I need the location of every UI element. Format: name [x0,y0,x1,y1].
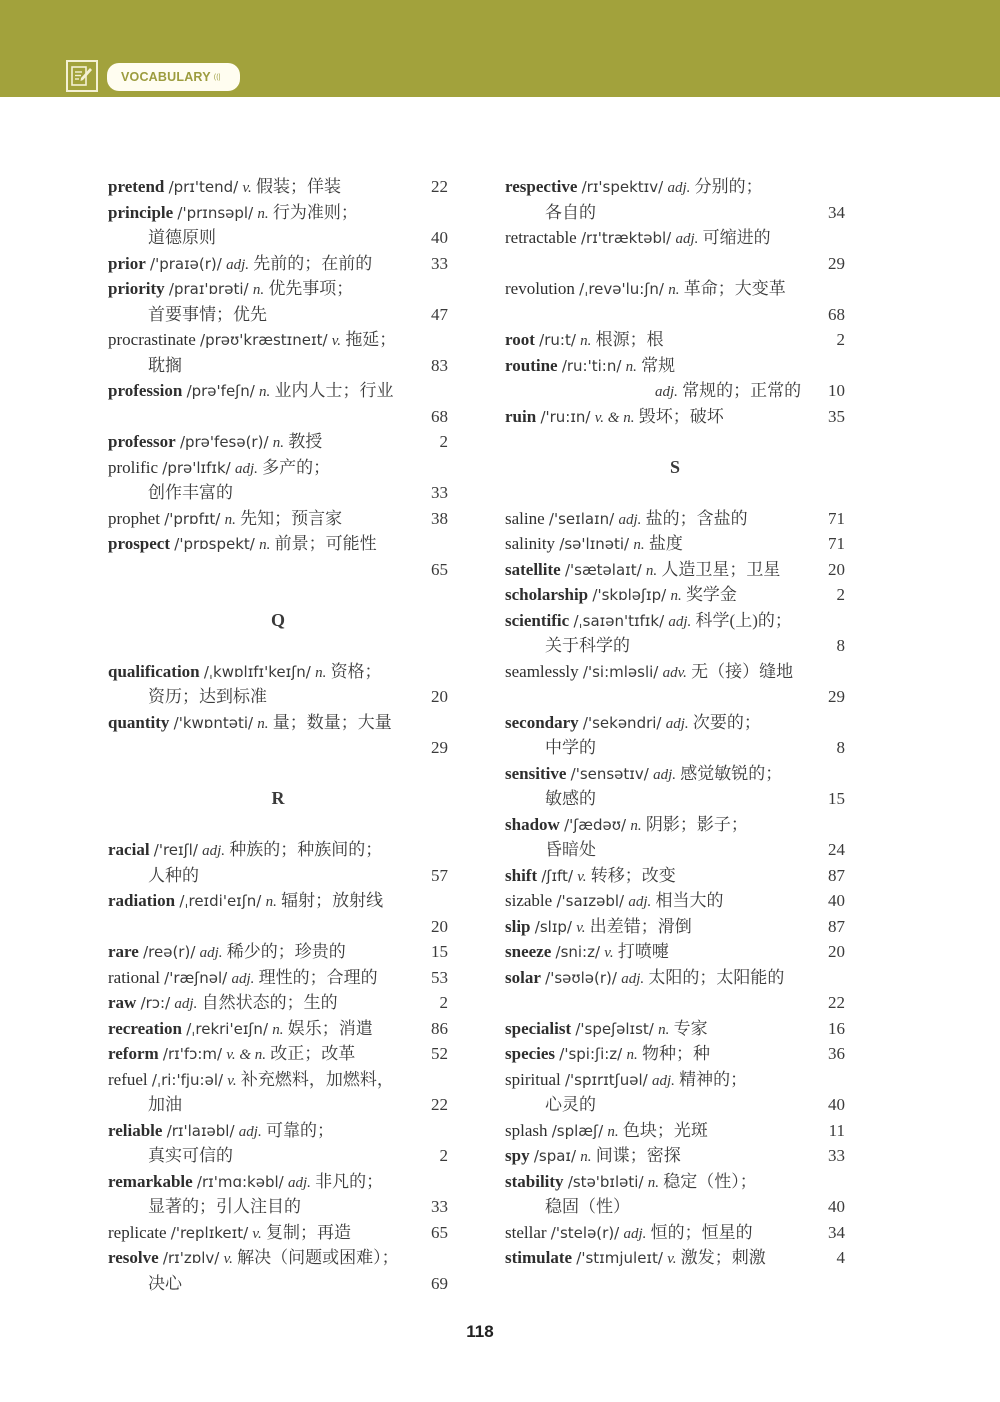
phonetic: /rɪ'spektɪv/ [582,178,664,196]
definition: 革命；大变革 [684,279,786,298]
phonetic: /rɪ'zɒlv/ [163,1249,219,1267]
definition: 太阳的；太阳能的 [648,968,784,987]
phonetic: /ˌsaɪən'tɪfɪk/ [573,612,664,630]
part-of-speech: n. [259,384,270,400]
phonetic: /'səʊlə(r)/ [545,969,617,987]
vocab-entry-continued: 创作丰富的33 [108,480,448,506]
definition: 昏暗处 [545,840,596,859]
phonetic: /sə'lɪnəti/ [559,535,629,553]
vocab-entry: scientific /ˌsaɪən'tɪfɪk/ adj. 科学(上)的； [505,608,845,634]
part-of-speech: n. [633,537,644,553]
phonetic: /ru:'ti:n/ [562,357,622,375]
phonetic: /ʃɪft/ [541,867,573,885]
vocab-entry: recreation /ˌrekri'eɪʃn/ n. 娱乐；消遣86 [108,1016,448,1042]
part-of-speech: adj. [235,461,258,477]
headword: procrastinate [108,330,196,349]
vocab-entry: root /ru:t/ n. 根源；根2 [505,327,845,353]
phonetic: /rɪ'mɑ:kəbl/ [197,1173,284,1191]
headword: species [505,1044,555,1063]
part-of-speech: v. & n. [595,410,635,426]
part-of-speech: n. [630,818,641,834]
vocab-entry: scholarship /'skɒləʃɪp/ n. 奖学金2 [505,582,845,608]
vocab-entry: revolution /ˌrevə'lu:ʃn/ n. 革命；大变革 [505,276,845,302]
page-ref: 71 [828,531,845,557]
phonetic: /sni:z/ [556,943,601,961]
vocab-entry: raw /rɔ:/ adj. 自然状态的；生的2 [108,990,448,1016]
definition: 辐射；放射线 [281,891,383,910]
definition: 显著的；引人注目的 [148,1197,301,1216]
vocab-entry: species /'spi:ʃi:z/ n. 物种；种36 [505,1041,845,1067]
part-of-speech: adj. [174,996,197,1012]
page-ref: 16 [828,1016,845,1042]
page-ref: 20 [431,684,448,710]
phonetic: /rɔ:/ [141,994,171,1012]
definition: 教授 [288,432,322,451]
definition: 科学(上)的； [696,611,792,630]
page-ref: 29 [828,684,845,710]
vocab-entry: ruin /'ru:ɪn/ v. & n. 毁坏；破坏35 [505,404,845,430]
vocab-entry: sensitive /'sensətɪv/ adj. 感觉敏锐的； [505,761,845,787]
vocab-entry-continued: 29 [505,684,845,710]
headword: rare [108,942,139,961]
definition: 精神的； [679,1070,747,1089]
part-of-speech: n. [580,333,591,349]
definition: 优先事项； [268,279,353,298]
part-of-speech: n. [658,1022,669,1038]
vocab-entry: routine /ru:'ti:n/ n. 常规 [505,353,845,379]
headword: racial [108,840,150,859]
definition: 决心 [148,1274,182,1293]
definition: 各自的 [545,203,596,222]
definition: 稳定（性）； [663,1172,757,1191]
phonetic: /'prɒfɪt/ [164,510,220,528]
part-of-speech: n. [266,894,277,910]
headword: replicate [108,1223,167,1242]
phonetic: /'replɪkeɪt/ [171,1224,248,1242]
phonetic: /ˌrevə'lu:ʃn/ [579,280,664,298]
vocab-entry-continued: 昏暗处24 [505,837,845,863]
headword: retractable [505,228,577,247]
definition: 次要的； [693,713,761,732]
definition: 阴影；影子； [646,815,748,834]
vocab-entry-continued: 稳固（性）40 [505,1194,845,1220]
definition: 先知；预言家 [240,509,342,528]
page-ref: 40 [828,1194,845,1220]
page-ref: 29 [828,251,845,277]
definition: 复制；再造 [266,1223,351,1242]
part-of-speech: v. [243,180,252,196]
vocab-entry: reform /rɪ'fɔ:m/ v. & n. 改正；改革52 [108,1041,448,1067]
definition: 恒的；恒星的 [651,1223,753,1242]
vocab-entry-continued: 决心69 [108,1271,448,1297]
definition: 人种的 [148,866,199,885]
page-ref: 87 [828,863,845,889]
vocab-entry: priority /praɪ'ɒrəti/ n. 优先事项； [108,276,448,302]
phonetic: /'spɪrɪtʃuəl/ [565,1071,648,1089]
definition: 可缩进的 [703,228,771,247]
spacer [108,633,448,659]
definition: 资历；达到标准 [148,687,267,706]
phonetic: /'seɪlaɪn/ [549,510,614,528]
phonetic: /'sensətɪv/ [571,765,649,783]
part-of-speech: adj. [668,614,691,630]
left-column: pretend /prɪ'tend/ v. 假装；佯装22principle /… [108,174,448,1296]
headword: seamlessly [505,662,579,681]
page-ref: 2 [440,1143,449,1169]
vocab-entry-continued: 68 [505,302,845,328]
definition: 资格； [331,662,382,681]
phonetic: /ru:t/ [539,331,576,349]
phonetic: /'ru:ɪn/ [540,408,590,426]
vocab-entry-continued: 道德原则40 [108,225,448,251]
vocab-entry: shadow /'ʃædəʊ/ n. 阴影；影子； [505,812,845,838]
phonetic: /'prɪnsəpl/ [177,204,253,222]
headword: quantity [108,713,169,732]
part-of-speech: adj. [655,384,678,400]
part-of-speech: adj. [653,767,676,783]
definition: 无（接）缝地 [691,662,793,681]
vocabulary-label: VOCABULARY ((| [107,63,240,91]
phonetic: /prəʊ'kræstɪneɪt/ [200,331,327,349]
vocab-entry: salinity /sə'lɪnəti/ n. 盐度71 [505,531,845,557]
vocab-entry: prophet /'prɒfɪt/ n. 先知；预言家38 [108,506,448,532]
definition: 关于科学的 [545,636,630,655]
part-of-speech: n. [259,537,270,553]
part-of-speech: n. [273,435,284,451]
page-ref: 22 [431,174,448,200]
page-ref: 4 [837,1245,846,1271]
edit-note-icon [66,60,98,92]
part-of-speech: adj. [652,1073,675,1089]
part-of-speech: n. [648,1175,659,1191]
page-ref: 33 [431,1194,448,1220]
vocab-entry: profession /prə'feʃn/ n. 业内人士；行业 [108,378,448,404]
headword: stimulate [505,1248,572,1267]
section-letter: S [505,455,845,481]
definition: 首要事情；优先 [148,305,267,324]
part-of-speech: n. [253,282,264,298]
section-letter: R [108,786,448,812]
vocab-entry-continued: 心灵的40 [505,1092,845,1118]
headword: routine [505,356,558,375]
phonetic: /rɪ'laɪəbl/ [167,1122,235,1140]
part-of-speech: n. [580,1149,591,1165]
headword: satellite [505,560,561,579]
page-ref: 87 [828,914,845,940]
phonetic: /'praɪə(r)/ [150,255,222,273]
vocab-entry: stellar /'stelə(r)/ adj. 恒的；恒星的34 [505,1220,845,1246]
definition: 解决（问题或困难）； [237,1248,399,1267]
phonetic: /'kwɒntəti/ [174,714,253,732]
headword: radiation [108,891,175,910]
part-of-speech: adj. [232,971,255,987]
part-of-speech: adj. [628,894,651,910]
vocab-entry: satellite /'sætəlaɪt/ n. 人造卫星；卫星20 [505,557,845,583]
definition: 常规的；正常的 [682,381,801,400]
part-of-speech: adj. [667,180,690,196]
vocab-entry: secondary /'sekəndri/ adj. 次要的； [505,710,845,736]
vocab-entry-continued: 关于科学的8 [505,633,845,659]
definition: 出差错；滑倒 [590,917,692,936]
vocab-entry: shift /ʃɪft/ v. 转移；改变87 [505,863,845,889]
definition: 真实可信的 [148,1146,233,1165]
headword: spy [505,1146,530,1165]
phonetic: /prə'feʃn/ [187,382,255,400]
part-of-speech: v. & n. [226,1047,266,1063]
vocab-entry: remarkable /rɪ'mɑ:kəbl/ adj. 非凡的； [108,1169,448,1195]
page-ref: 15 [431,939,448,965]
headword: saline [505,509,545,528]
vocab-entry-continued: 22 [505,990,845,1016]
vocab-entry: solar /'səʊlə(r)/ adj. 太阳的；太阳能的 [505,965,845,991]
part-of-speech: n. [272,1022,283,1038]
phonetic: /splæʃ/ [552,1122,603,1140]
definition: 专家 [674,1019,708,1038]
vocab-entry: prior /'praɪə(r)/ adj. 先前的；在前的33 [108,251,448,277]
page-ref: 36 [828,1041,845,1067]
phonetic: /prə'fesə(r)/ [180,433,269,451]
vocab-entry: respective /rɪ'spektɪv/ adj. 分别的； [505,174,845,200]
page-ref: 20 [828,557,845,583]
headword: pretend [108,177,164,196]
definition: 补充燃料，加燃料， [241,1070,394,1089]
page-ref: 38 [431,506,448,532]
vocab-entry: splash /splæʃ/ n. 色块；光斑11 [505,1118,845,1144]
phonetic: /'ʃædəʊ/ [564,816,626,834]
section-letter: Q [108,608,448,634]
phonetic: /rɪ'træktəbl/ [581,229,671,247]
part-of-speech: n. [668,282,679,298]
vocab-entry-continued: 首要事情；优先47 [108,302,448,328]
part-of-speech: v. [576,920,585,936]
page-ref: 40 [431,225,448,251]
part-of-speech: n. [670,588,681,604]
vocab-entry-continued: 各自的34 [505,200,845,226]
definition: 盐度 [649,534,683,553]
vocab-entry: slip /slɪp/ v. 出差错；滑倒87 [505,914,845,940]
vocab-entry-continued: adj. 常规的；正常的10 [505,378,845,404]
phonetic: /ˌri:'fju:əl/ [152,1071,223,1089]
part-of-speech: v. [604,945,613,961]
part-of-speech: adj. [239,1124,262,1140]
definition: 道德原则 [148,228,216,247]
page-ref: 2 [440,990,449,1016]
part-of-speech: v. [577,869,586,885]
phonetic: /'speʃəlɪst/ [575,1020,654,1038]
vocab-entry: prolific /prə'lɪfɪk/ adj. 多产的； [108,455,448,481]
spacer [108,582,448,608]
headword: stability [505,1172,564,1191]
phonetic: /praɪ'ɒrəti/ [169,280,249,298]
headword: prospect [108,534,170,553]
page-ref: 68 [431,404,448,430]
headword: splash [505,1121,548,1140]
headword: specialist [505,1019,571,1038]
vocab-entry: specialist /'speʃəlɪst/ n. 专家16 [505,1016,845,1042]
definition: 娱乐；消遣 [288,1019,373,1038]
right-column: respective /rɪ'spektɪv/ adj. 分别的；各自的34re… [505,174,845,1271]
headword: scientific [505,611,569,630]
headword: spiritual [505,1070,561,1089]
vocab-entry: seamlessly /'si:mləsli/ adv. 无（接）缝地 [505,659,845,685]
page-ref: 34 [828,200,845,226]
definition: 毁坏；破坏 [639,407,724,426]
page-ref: 40 [828,1092,845,1118]
page-ref: 83 [431,353,448,379]
part-of-speech: v. [667,1251,676,1267]
part-of-speech: v. [227,1073,236,1089]
phonetic: /ˌreɪdi'eɪʃn/ [179,892,261,910]
phonetic: /reə(r)/ [143,943,195,961]
headword: sensitive [505,764,566,783]
definition: 根源；根 [596,330,664,349]
headword: ruin [505,407,536,426]
vocab-entry-continued: 耽搁83 [108,353,448,379]
definition: 拖延； [345,330,396,349]
part-of-speech: adj. [623,1226,646,1242]
definition: 敏感的 [545,789,596,808]
definition: 先前的；在前的 [253,254,372,273]
page-ref: 65 [431,1220,448,1246]
vocab-entry: quantity /'kwɒntəti/ n. 量；数量；大量 [108,710,448,736]
headword: rational [108,968,160,987]
part-of-speech: adj. [288,1175,311,1191]
page-header: VOCABULARY ((| [0,0,1000,97]
vocab-entry: resolve /rɪ'zɒlv/ v. 解决（问题或困难）； [108,1245,448,1271]
part-of-speech: n. [257,206,268,222]
definition: 奖学金 [686,585,737,604]
page-ref: 68 [828,302,845,328]
spacer [108,812,448,838]
part-of-speech: n. [626,359,637,375]
vocab-entry: professor /prə'fesə(r)/ n. 教授2 [108,429,448,455]
headword: raw [108,993,136,1012]
definition: 自然状态的；生的 [202,993,338,1012]
definition: 间谍；密探 [596,1146,681,1165]
sound-icon: ((| [214,74,221,81]
definition: 人造卫星；卫星 [661,560,780,579]
definition: 稀少的；珍贵的 [227,942,346,961]
page-ref: 57 [431,863,448,889]
page-ref: 69 [431,1271,448,1297]
page-number: 118 [0,1322,960,1342]
headword: reliable [108,1121,162,1140]
definition: 耽搁 [148,356,182,375]
vocab-entry: racial /'reɪʃl/ adj. 种族的；种族间的； [108,837,448,863]
definition: 改正；改革 [270,1044,355,1063]
definition: 相当大的 [655,891,723,910]
definition: 色块；光斑 [623,1121,708,1140]
vocab-entry-continued: 29 [505,251,845,277]
page-ref: 47 [431,302,448,328]
phonetic: /'skɒləʃɪp/ [592,586,666,604]
vocab-entry: spy /spaɪ/ n. 间谍；密探33 [505,1143,845,1169]
page-ref: 20 [431,914,448,940]
part-of-speech: adj. [226,257,249,273]
vocab-entry: procrastinate /prəʊ'kræstɪneɪt/ v. 拖延； [108,327,448,353]
phonetic: /'sekəndri/ [583,714,662,732]
vocab-entry-continued: 65 [108,557,448,583]
definition: 前景；可能性 [275,534,377,553]
phonetic: /'stɪmjuleɪt/ [576,1249,663,1267]
part-of-speech: n. [225,512,236,528]
vocab-entry: stimulate /'stɪmjuleɪt/ v. 激发；刺激4 [505,1245,845,1271]
phonetic: /spaɪ/ [534,1147,576,1165]
definition: 量；数量；大量 [273,713,392,732]
headword: revolution [505,279,575,298]
phonetic: /prə'lɪfɪk/ [162,459,230,477]
spacer [108,761,448,787]
page-ref: 65 [431,557,448,583]
vocab-entry: prospect /'prɒspekt/ n. 前景；可能性 [108,531,448,557]
vocab-entry: saline /'seɪlaɪn/ adj. 盐的；含盐的71 [505,506,845,532]
page-ref: 86 [431,1016,448,1042]
spacer [505,480,845,506]
definition: 非凡的； [315,1172,383,1191]
headword: salinity [505,534,555,553]
part-of-speech: v. [332,333,341,349]
page-ref: 40 [828,888,845,914]
part-of-speech: adj. [621,971,644,987]
headword: reform [108,1044,159,1063]
vocab-entry: rational /'ræʃnəl/ adj. 理性的；合理的53 [108,965,448,991]
phonetic: /'spi:ʃi:z/ [559,1045,622,1063]
definition: 转移；改变 [591,866,676,885]
page-ref: 22 [431,1092,448,1118]
definition: 稳固（性） [545,1197,630,1216]
page-ref: 24 [828,837,845,863]
page-ref: 33 [431,480,448,506]
headword: sizable [505,891,552,910]
vocab-entry: sizable /'saɪzəbl/ adj. 相当大的40 [505,888,845,914]
vocab-entry-continued: 真实可信的2 [108,1143,448,1169]
phonetic: /prɪ'tend/ [169,178,239,196]
headword: stellar [505,1223,547,1242]
headword: shift [505,866,537,885]
part-of-speech: v. [252,1226,261,1242]
vocab-entry: refuel /ˌri:'fju:əl/ v. 补充燃料，加燃料， [108,1067,448,1093]
vocab-entry: reliable /rɪ'laɪəbl/ adj. 可靠的； [108,1118,448,1144]
phonetic: /'sætəlaɪt/ [565,561,642,579]
headword: scholarship [505,585,588,604]
phonetic: /stə'bɪləti/ [568,1173,644,1191]
vocab-entry: retractable /rɪ'træktəbl/ adj. 可缩进的 [505,225,845,251]
spacer [505,429,845,455]
definition: 假装；佯装 [256,177,341,196]
vocab-entry: sneeze /sni:z/ v. 打喷嚏20 [505,939,845,965]
page-ref: 2 [440,429,449,455]
phonetic: /slɪp/ [535,918,572,936]
headword: refuel [108,1070,148,1089]
definition: 物种；种 [642,1044,710,1063]
page-ref: 11 [829,1118,845,1144]
vocab-entry: replicate /'replɪkeɪt/ v. 复制；再造65 [108,1220,448,1246]
page-ref: 10 [828,378,845,404]
headword: sneeze [505,942,551,961]
section-title: VOCABULARY [121,70,211,84]
definition: 业内人士；行业 [275,381,394,400]
headword: solar [505,968,541,987]
part-of-speech: adj. [200,945,223,961]
part-of-speech: adv. [663,665,687,681]
page-ref: 8 [837,633,846,659]
vocab-entry-continued: 中学的8 [505,735,845,761]
definition: 常规 [641,356,675,375]
vocab-entry: pretend /prɪ'tend/ v. 假装；佯装22 [108,174,448,200]
headword: resolve [108,1248,159,1267]
headword: prophet [108,509,160,528]
phonetic: /ˌkwɒlɪfɪ'keɪʃn/ [204,663,311,681]
